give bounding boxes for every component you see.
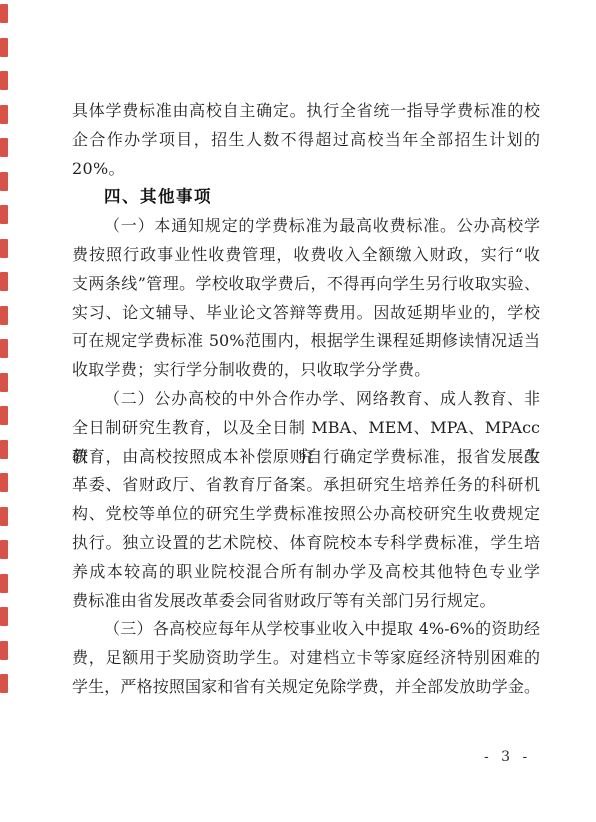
- text-line: 执行。独立设置的艺术院校、体育院校本专科学费标准，学生培: [72, 529, 540, 558]
- text-line: 费按照行政事业性收费管理，收费收入全额缴入财政，实行“收: [72, 241, 540, 270]
- text-line: 革委、省财政厅、省教育厅备案。承担研究生培养任务的科研机: [72, 471, 540, 500]
- red-edge-mark: [0, 306, 8, 325]
- red-edge-mark: [0, 674, 8, 693]
- red-edge-mark: [0, 473, 8, 492]
- red-edge-mark: [0, 406, 8, 425]
- text-line: （一）本通知规定的学费标准为最高收费标准。公办高校学: [72, 212, 540, 241]
- text-line: 全日制研究生教育，以及全日制 MBA、MEM、MPA、MPAcc 研究生: [72, 414, 540, 443]
- red-edge-mark: [0, 239, 8, 258]
- text-line: 费，足额用于奖励资助学生。对建档立卡等家庭经济特别困难的: [72, 644, 540, 673]
- text-line: 20%。: [72, 155, 540, 184]
- text-line: 具体学费标准由高校自主确定。执行全省统一指导学费标准的校: [72, 97, 540, 126]
- red-edge-mark: [0, 507, 8, 526]
- text-line: 支两条线”管理。学校收取学费后，不得再向学生另行收取实验、: [72, 270, 540, 299]
- red-edge-mark: [0, 440, 8, 459]
- page-number: - 3 -: [484, 749, 531, 765]
- red-edge-mark: [0, 205, 8, 224]
- text-line: 企合作办学项目，招生人数不得超过高校当年全部招生计划的: [72, 126, 540, 155]
- red-edge-mark: [0, 138, 8, 157]
- text-line: 养成本较高的职业院校混合所有制办学及高校其他特色专业学: [72, 558, 540, 587]
- red-edge-mark: [0, 4, 8, 23]
- text-block: 具体学费标准由高校自主确定。执行全省统一指导学费标准的校企合作办学项目，招生人数…: [72, 97, 540, 702]
- text-line: 实习、论文辅导、毕业论文答辩等费用。因故延期毕业的，学校: [72, 299, 540, 328]
- red-edge-mark: [0, 339, 8, 358]
- text-line: 可在规定学费标准 50%范围内，根据学生课程延期修读情况适当: [72, 327, 540, 356]
- red-edge-mark: [0, 172, 8, 191]
- red-edge-mark: [0, 272, 8, 291]
- text-line: 构、党校等单位的研究生学费标准按照公办高校研究生收费规定: [72, 500, 540, 529]
- red-edge-mark: [0, 641, 8, 660]
- section-heading: 四、其他事项: [72, 183, 540, 212]
- red-edge-mark: [0, 105, 8, 124]
- text-line: 教育，由高校按照成本补偿原则自行确定学费标准，报省发展改: [72, 443, 540, 472]
- text-line: 收取学费；实行学分制收费的，只收取学分学费。: [72, 356, 540, 385]
- red-edge-mark: [0, 38, 8, 57]
- red-edge-mark: [0, 607, 8, 626]
- red-edge-mark: [0, 574, 8, 593]
- text-line: （三）各高校应每年从学校事业收入中提取 4%-6%的资助经: [72, 615, 540, 644]
- red-edge-mark: [0, 71, 8, 90]
- text-line: 费标准由省发展改革委会同省财政厅等有关部门另行规定。: [72, 587, 540, 616]
- red-edge-mark: [0, 373, 8, 392]
- text-line: 学生，严格按照国家和省有关规定免除学费，并全部发放助学金。: [72, 673, 540, 702]
- document-page: 具体学费标准由高校自主确定。执行全省统一指导学费标准的校企合作办学项目，招生人数…: [0, 0, 596, 822]
- text-line: （二）公办高校的中外合作办学、网络教育、成人教育、非: [72, 385, 540, 414]
- red-edge-mark: [0, 540, 8, 559]
